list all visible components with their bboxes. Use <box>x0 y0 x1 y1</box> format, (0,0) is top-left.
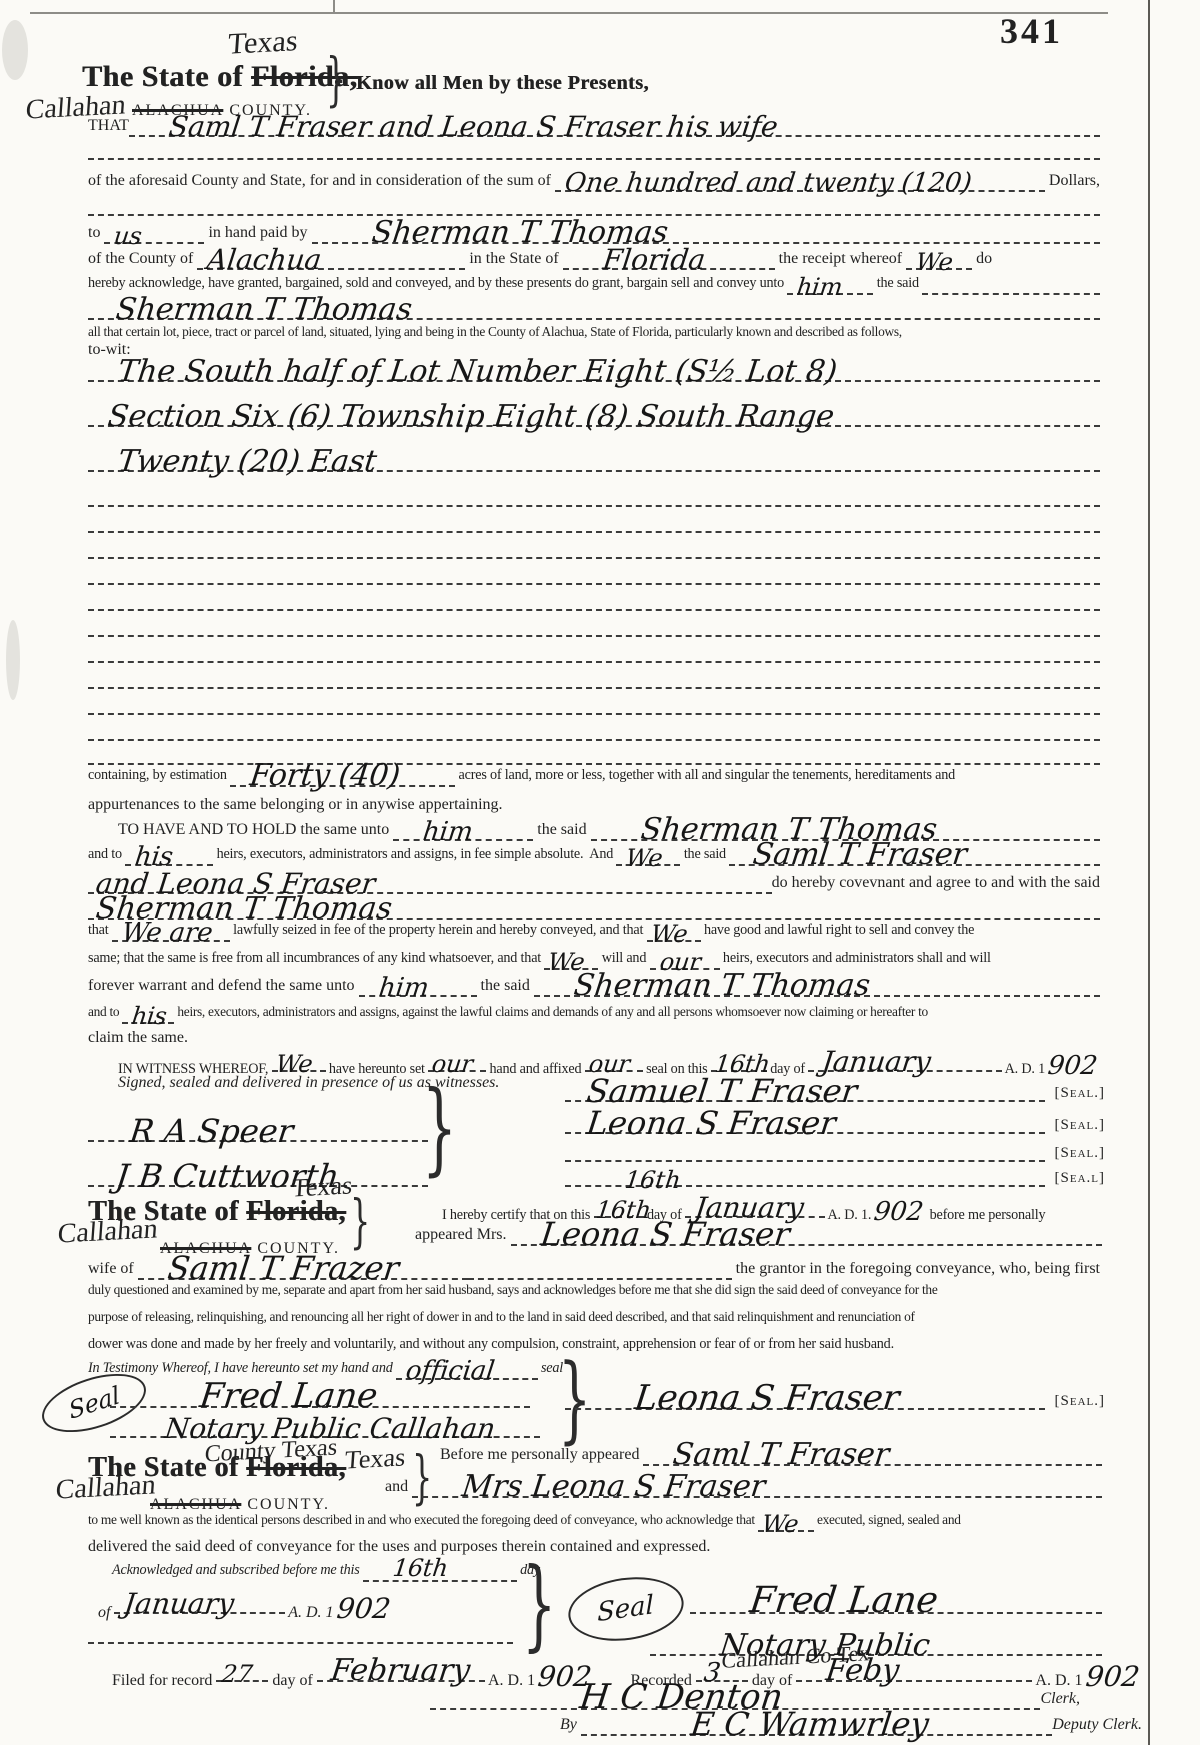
seal-tag-3: [Seal.] <box>1055 1145 1105 1162</box>
dower-line-3: dower was done and made by her freely an… <box>88 1336 1100 1356</box>
form-title-prefix: The State of <box>82 60 251 93</box>
ack-year-handwriting: 902 <box>335 1595 392 1623</box>
witness-brace: } <box>422 1078 457 1178</box>
and-to2-label: and to <box>88 1004 122 1020</box>
wife-of-line: wife of Saml T Frazer the grantor in the… <box>88 1260 1100 1280</box>
dower-line-1: duly questioned and examined by me, sepa… <box>88 1282 1100 1302</box>
grantee-handwriting: Sherman T Thomas <box>114 295 414 325</box>
grantee3-line: Sherman T Thomas <box>88 900 1100 920</box>
delivered-line: delivered the said deed of conveyance fo… <box>88 1538 1100 1558</box>
before-me-text: Before me personally appeared <box>440 1446 643 1464</box>
filed-month-handwriting: February <box>329 1656 472 1686</box>
witness1-line: R A Speer <box>88 1100 428 1142</box>
fraser-handwriting: Saml T Fraser <box>751 840 968 870</box>
blank-rule <box>88 583 1100 585</box>
seal-oval-text-2: Seal <box>598 1592 655 1626</box>
cert-year-handwriting: 902 <box>873 1199 925 1225</box>
that2-label: that <box>88 922 112 939</box>
blank-rule <box>88 557 1100 559</box>
wife2-handwriting: Mrs Leona S Fraser <box>460 1472 767 1502</box>
land-line-3: Twenty (20) East <box>88 426 1100 472</box>
empty-fill2 <box>468 1264 732 1280</box>
well-known-line: to me well known as the identical person… <box>88 1512 1100 1532</box>
dollars-label: Dollars, <box>1045 172 1100 190</box>
the-said4-label: the said <box>477 977 534 995</box>
grantee-line: Sherman T Thomas <box>88 280 1100 320</box>
notary2-signature-line: Fred Lane <box>690 1570 1102 1614</box>
and-wife-line: and Mrs Leona S Fraser <box>385 1478 1102 1498</box>
blank-rule <box>88 713 1100 715</box>
we6-handwriting: We <box>760 1512 799 1536</box>
acres-text: acres of land, more or less, together wi… <box>455 767 955 784</box>
filed-day-fill: 27 <box>216 1666 268 1682</box>
witness1-signature: R A Speer <box>128 1115 295 1147</box>
dower-text-1: duly questioned and examined by me, sepa… <box>88 1282 937 1298</box>
deputy-line: By E C Wamwrley Deputy Clerk. <box>560 1716 1142 1736</box>
blank-rule <box>88 609 1100 611</box>
blank-rule <box>88 505 1100 507</box>
know-all-men: Know all Men by these Presents, <box>356 72 649 95</box>
appeared-line: appeared Mrs. Leona S Fraser <box>415 1226 1102 1246</box>
his2-fill: his <box>122 1008 174 1024</box>
grantors-line: THAT Saml T Fraser and Leona S Fraser hi… <box>88 117 1100 137</box>
signature4-fill: 16th <box>565 1163 1045 1187</box>
county-state-line: of the County of Alachua in the State of… <box>88 250 1100 270</box>
deputy-label: Deputy Clerk. <box>1052 1716 1142 1734</box>
heirs-line: and to his heirs, executors, administrat… <box>88 846 1100 866</box>
cert-before: before me personally <box>926 1207 1045 1224</box>
ack-day-handwriting: 16th <box>391 1556 449 1580</box>
blank-rule <box>88 661 1100 663</box>
ack-month-fill: January <box>114 1598 284 1614</box>
seized-text: lawfully seized in fee of the property h… <box>230 922 647 939</box>
deputy-signature: E C Wamwrley <box>689 1708 931 1740</box>
consideration-text: of the aforesaid County and State, for a… <box>88 172 555 190</box>
scan-smudge <box>2 20 28 80</box>
grantor-text: the grantor in the foregoing conveyance,… <box>732 1260 1100 1278</box>
grantors-fill: Saml T Fraser and Leona S Fraser his wif… <box>129 121 1100 137</box>
of-label: of <box>98 1604 114 1622</box>
weare-fill: We are <box>112 926 230 942</box>
ack-month-line: of January A. D. 1 902 <box>98 1594 393 1614</box>
signature2-handwriting: Leona S Fraser <box>585 1107 838 1139</box>
deed-record-page: 341 Texas The State of Florida, } Know a… <box>0 0 1200 1745</box>
signature4-handwriting: 16th <box>624 1168 683 1192</box>
page-number: 341 <box>1000 10 1063 52</box>
filed-month-fill: February <box>317 1666 485 1682</box>
wife-signature-handwriting: Leona S Fraser <box>633 1381 901 1415</box>
the-said2-label: the said <box>533 821 590 839</box>
grantee4-handwriting: Sherman T Thomas <box>572 971 872 1001</box>
day-fill: 16th <box>711 1056 767 1072</box>
signature1-handwriting: Samuel T Fraser <box>585 1075 859 1107</box>
appeared-fill: Leona S Fraser <box>511 1230 1102 1246</box>
grantor2-handwriting: Saml T Fraser <box>672 1440 892 1470</box>
incumbrances-line: same; that the same is free from all inc… <box>88 950 1100 970</box>
notary1-title-line: Notary Public Callahan <box>110 1400 540 1438</box>
husband-fill: Saml T Frazer <box>138 1264 468 1280</box>
seized-line: that We are lawfully seized in fee of th… <box>88 922 1100 942</box>
before-me-line: Before me personally appeared Saml T Fra… <box>440 1446 1102 1466</box>
seal-tag-4: [Sea.l] <box>1055 1170 1105 1187</box>
to-label: to <box>88 224 104 242</box>
executed-text: executed, signed, sealed and <box>814 1512 961 1528</box>
dower-text-2: purpose of releasing, relinquishing, and… <box>88 1309 915 1325</box>
signature3-fill <box>565 1138 1045 1162</box>
we3-fill: We <box>647 926 701 942</box>
claim-same-text: claim the same. <box>88 1029 188 1047</box>
that-label: THAT <box>88 117 129 135</box>
overwrite-state-texas: Texas <box>227 24 299 62</box>
scan-edge-tick <box>333 0 335 13</box>
ack-month-handwriting: January <box>123 1590 236 1618</box>
signature-row-1: Samuel T Fraser [Seal.] <box>565 1080 1105 1102</box>
heirs-text: heirs, executors, administrators and ass… <box>213 846 616 863</box>
clerk-label: Clerk, <box>1040 1690 1080 1708</box>
witness2-line: J B Cuttworth <box>88 1145 428 1187</box>
in-witness-line: IN WITNESS WHEREOF, We have hereunto set… <box>118 1052 1100 1072</box>
overwrite-state3-texas: Texas <box>344 1442 407 1475</box>
wife-signature-fill: Leona S Fraser <box>565 1386 1045 1410</box>
county-fill: Alachua <box>197 254 465 270</box>
filed-day-of: day of <box>268 1672 316 1690</box>
grantor2-fill: Saml T Fraser <box>643 1450 1102 1466</box>
claim-same-line: claim the same. <box>88 1029 1100 1049</box>
wife-seal-tag: [Seal.] <box>1055 1393 1105 1410</box>
we5-fill: We <box>272 1056 326 1072</box>
signature-row-3: [Seal.] <box>565 1140 1105 1162</box>
acreage-fill: Forty (40) <box>230 771 455 787</box>
wife2-fill: Mrs Leona S Fraser <box>412 1482 1102 1498</box>
overwrite-county3-callahan: Callahan <box>55 1469 157 1506</box>
free-text: same; that the same is free from all inc… <box>88 950 544 967</box>
we5-handwriting: We <box>274 1052 313 1076</box>
will-and-label: will and <box>598 950 649 967</box>
containing-line: containing, by estimation Forty (40) acr… <box>88 767 1100 787</box>
appeared-label: appeared Mrs. <box>415 1226 511 1244</box>
scan-edge-top <box>30 12 1108 14</box>
his-fill: his <box>125 850 213 866</box>
sum-handwriting: One hundred and twenty (120) <box>563 170 973 196</box>
seal-tag-2: [Seal.] <box>1055 1117 1105 1134</box>
acknowledged-brace: } <box>522 1556 556 1654</box>
scan-edge-right <box>1148 0 1150 1745</box>
heirs2-text: heirs, executors and administrators shal… <box>720 950 991 967</box>
acreage-handwriting: Forty (40) <box>248 761 401 791</box>
ad-label: A. D. 1 <box>1002 1061 1045 1078</box>
lawful-text: have good and lawful right to sell and c… <box>701 922 975 939</box>
him2-handwriting: him <box>422 819 475 845</box>
ack-day-fill: 16th <box>363 1566 517 1582</box>
paid-label: in hand paid by <box>204 224 311 242</box>
husband-handwriting: Saml T Frazer <box>166 1252 401 1284</box>
we6-fill: We <box>758 1516 814 1532</box>
wife-of-label: wife of <box>88 1260 138 1278</box>
recorded-month-handwriting: Feby <box>824 1656 901 1686</box>
recorded-ad: A. D. 1 <box>1032 1672 1082 1690</box>
us-fill: us <box>104 228 204 244</box>
overwrite-county2-callahan: Callahan <box>57 1213 159 1250</box>
land-line-2: Section Six (6) Township Eight (8) South… <box>88 381 1100 427</box>
to-have-text: TO HAVE AND TO HOLD the same unto <box>118 821 393 839</box>
filed-ad: A. D. 1 <box>485 1672 535 1690</box>
scan-smudge <box>6 620 20 700</box>
struck-state-3: Florida, <box>246 1452 346 1483</box>
him2-fill: him <box>393 825 533 841</box>
header2-brace: } <box>350 1192 370 1250</box>
witness-caption: Signed, sealed and delivered in presence… <box>118 1074 618 1094</box>
do-label: do <box>972 250 992 268</box>
land-handwriting-3: Twenty (20) East <box>116 447 378 477</box>
consideration-line: of the aforesaid County and State, for a… <box>88 172 1100 192</box>
blank-rule <box>88 531 1100 533</box>
his2-handwriting: his <box>131 1004 169 1028</box>
against-text: heirs, executors, administrators and ass… <box>174 1004 928 1020</box>
struck-county-3: ALACHUA <box>150 1496 241 1513</box>
month-fill: January <box>808 1056 1002 1072</box>
state-handwriting: Florida <box>601 246 707 274</box>
acknowledged-text: Acknowledged and subscribed before me th… <box>112 1562 363 1579</box>
signature-row-4: 16th [Sea.l] <box>565 1165 1105 1187</box>
recorded-month-fill: Feby <box>796 1666 1032 1682</box>
wife-signature-row: Leona S Fraser [Seal.] <box>565 1388 1105 1410</box>
we3-handwriting: We <box>649 922 688 946</box>
filed-label: Filed for record <box>112 1672 216 1690</box>
signature2-fill: Leona S Fraser <box>565 1110 1045 1134</box>
blank-rule <box>88 739 1100 741</box>
land-line-1: The South half of Lot Number Eight (S½ L… <box>88 336 1100 382</box>
blank-rule <box>88 687 1100 689</box>
and-to-label: and to <box>88 846 125 863</box>
warrant-line: forever warrant and defend the same unto… <box>88 977 1100 997</box>
we-fill: We <box>906 254 972 270</box>
struck-state-2: Florida, <box>246 1196 346 1227</box>
header-brace: } <box>326 50 346 108</box>
him3-handwriting: him <box>377 975 430 1001</box>
county-handwriting: Alachua <box>206 246 324 274</box>
weare-handwriting: We are <box>120 920 214 946</box>
appurtenances-text: appurtenances to the same belonging or i… <box>88 796 503 814</box>
covenant-text: do hereby covevnant and agree to and wit… <box>772 874 1100 892</box>
recorded-year-handwriting: 902 <box>1084 1663 1141 1691</box>
ack-ad-label: A. D. 1 <box>285 1604 334 1622</box>
well-known-text: to me well known as the identical person… <box>88 1512 758 1528</box>
us-handwriting: us <box>113 224 144 248</box>
blank-rule <box>88 158 1100 160</box>
we2-handwriting: We <box>625 846 664 870</box>
grantee4-fill: Sherman T Thomas <box>534 981 1100 997</box>
state-fill: Florida <box>563 254 775 270</box>
our3-fill: our <box>585 1056 643 1072</box>
deputy-fill: E C Wamwrley <box>581 1720 1052 1736</box>
filed-day-handwriting: 27 <box>221 1662 254 1686</box>
claims-line: and to his heirs, executors, administrat… <box>88 1004 1100 1024</box>
grantors-handwriting: Saml T Fraser and Leona S Fraser his wif… <box>167 113 779 141</box>
him3-fill: him <box>359 981 477 997</box>
and-label: and <box>385 1478 412 1496</box>
receipt-label: the receipt whereof <box>775 250 906 268</box>
acknowledged-line: Acknowledged and subscribed before me th… <box>112 1562 540 1582</box>
blank-rule-ack <box>88 1642 513 1644</box>
payer-fill: Sherman T Thomas <box>312 228 1100 244</box>
notary2-title-line: Notary Public <box>650 1614 1102 1656</box>
signature1-fill: Samuel T Fraser <box>565 1078 1045 1102</box>
we2-fill: We <box>616 850 680 866</box>
signature-row-2: Leona S Fraser [Seal.] <box>565 1112 1105 1134</box>
dower-text-3: dower was done and made by her freely an… <box>88 1336 894 1353</box>
containing-text: containing, by estimation <box>88 767 230 784</box>
in-state-label: in the State of <box>465 250 562 268</box>
sum-fill: One hundred and twenty (120) <box>555 176 1045 192</box>
the-said3-label: the said <box>680 846 729 863</box>
warrant-text: forever warrant and defend the same unto <box>88 977 359 995</box>
appeared-handwriting: Leona S Fraser <box>539 1218 792 1250</box>
fraser-fill: Saml T Fraser <box>729 850 1100 866</box>
year-handwriting: 902 <box>1046 1053 1098 1079</box>
appurtenances-line: appurtenances to the same belonging or i… <box>88 796 1100 816</box>
blank-rule <box>88 763 1100 765</box>
blank-rule <box>88 635 1100 637</box>
county-word-3: COUNTY. <box>241 1496 330 1513</box>
cert-ad: A. D. 1. <box>825 1207 871 1224</box>
seal-tag-1: [Seal.] <box>1055 1085 1105 1102</box>
dower-line-2: purpose of releasing, relinquishing, and… <box>88 1309 1100 1329</box>
of-county-label: of the County of <box>88 250 197 268</box>
by-label: By <box>560 1716 581 1734</box>
we-handwriting: We <box>915 250 955 274</box>
grantee3-fill: Sherman T Thomas <box>88 904 1100 920</box>
paid-by-line: to us in hand paid by Sherman T Thomas <box>88 224 1100 244</box>
